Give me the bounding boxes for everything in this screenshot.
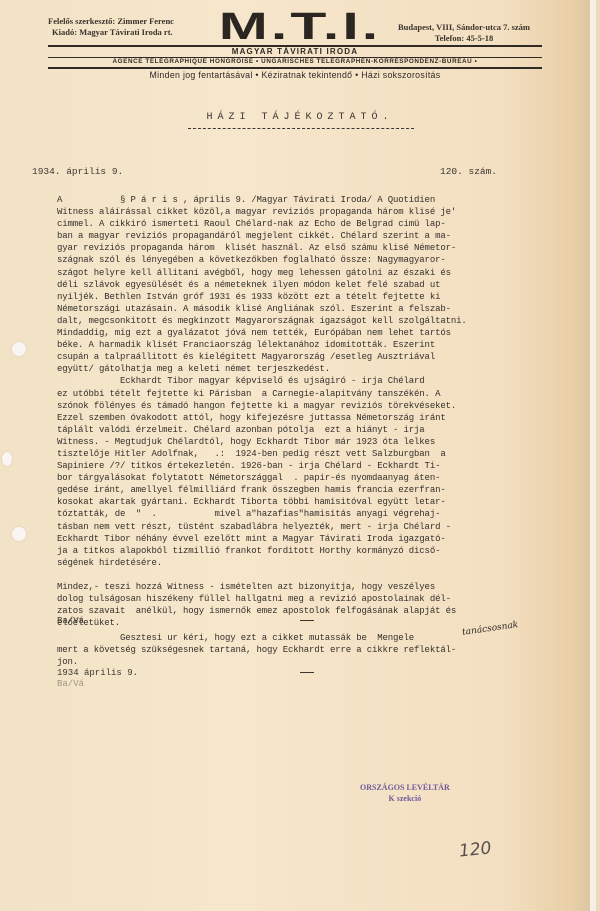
article-body: A § P á r i s , április 9. /Magyar Távir… <box>57 194 577 629</box>
document-title: HÁZI TÁJÉKOZTATÓ. <box>0 112 600 123</box>
letterhead-address: Budapest, VIII, Sándor-utca 7. szám Tele… <box>398 22 530 44</box>
document-number: 120. szám. <box>440 166 497 177</box>
punch-hole <box>12 527 26 541</box>
stamp-section: K szekció <box>360 793 450 804</box>
phone-line: Telefon: 45-5-18 <box>398 33 530 44</box>
typist-initials: Ba/Vá <box>57 616 84 626</box>
separator-rule <box>300 620 314 621</box>
rights-notice: Minden jog fentartásával • Kéziratnak te… <box>48 70 542 80</box>
title-underline <box>188 128 414 129</box>
handwritten-page-number: 120 <box>458 838 492 861</box>
document-date: 1934. április 9. <box>32 166 123 177</box>
document-page: Felelős szerkesztő: Zimmer Ferenc Kiadó:… <box>0 0 596 911</box>
typist-initials-faded: Ba/Vá <box>57 679 84 689</box>
address-line: Budapest, VIII, Sándor-utca 7. szám <box>398 22 530 33</box>
punch-hole <box>2 452 12 466</box>
followup-date: 1934 április 9. <box>57 668 138 678</box>
followup-note: Gesztesi ur kéri, hogy ezt a cikket muta… <box>57 632 577 668</box>
stamp-archive-name: ORSZÁGOS LEVÉLTÁR <box>360 782 450 793</box>
archive-stamp: ORSZÁGOS LEVÉLTÁR K szekció <box>360 782 450 804</box>
agency-name-band: MAGYAR TÁVIRATI IRODA <box>48 47 542 56</box>
ornament-rule <box>48 67 542 69</box>
punch-hole <box>12 342 26 356</box>
agency-languages-band: AGENCE TÉLÉGRAPHIQUE HONGROISE • UNGARIS… <box>48 58 542 65</box>
separator-rule <box>300 672 314 673</box>
